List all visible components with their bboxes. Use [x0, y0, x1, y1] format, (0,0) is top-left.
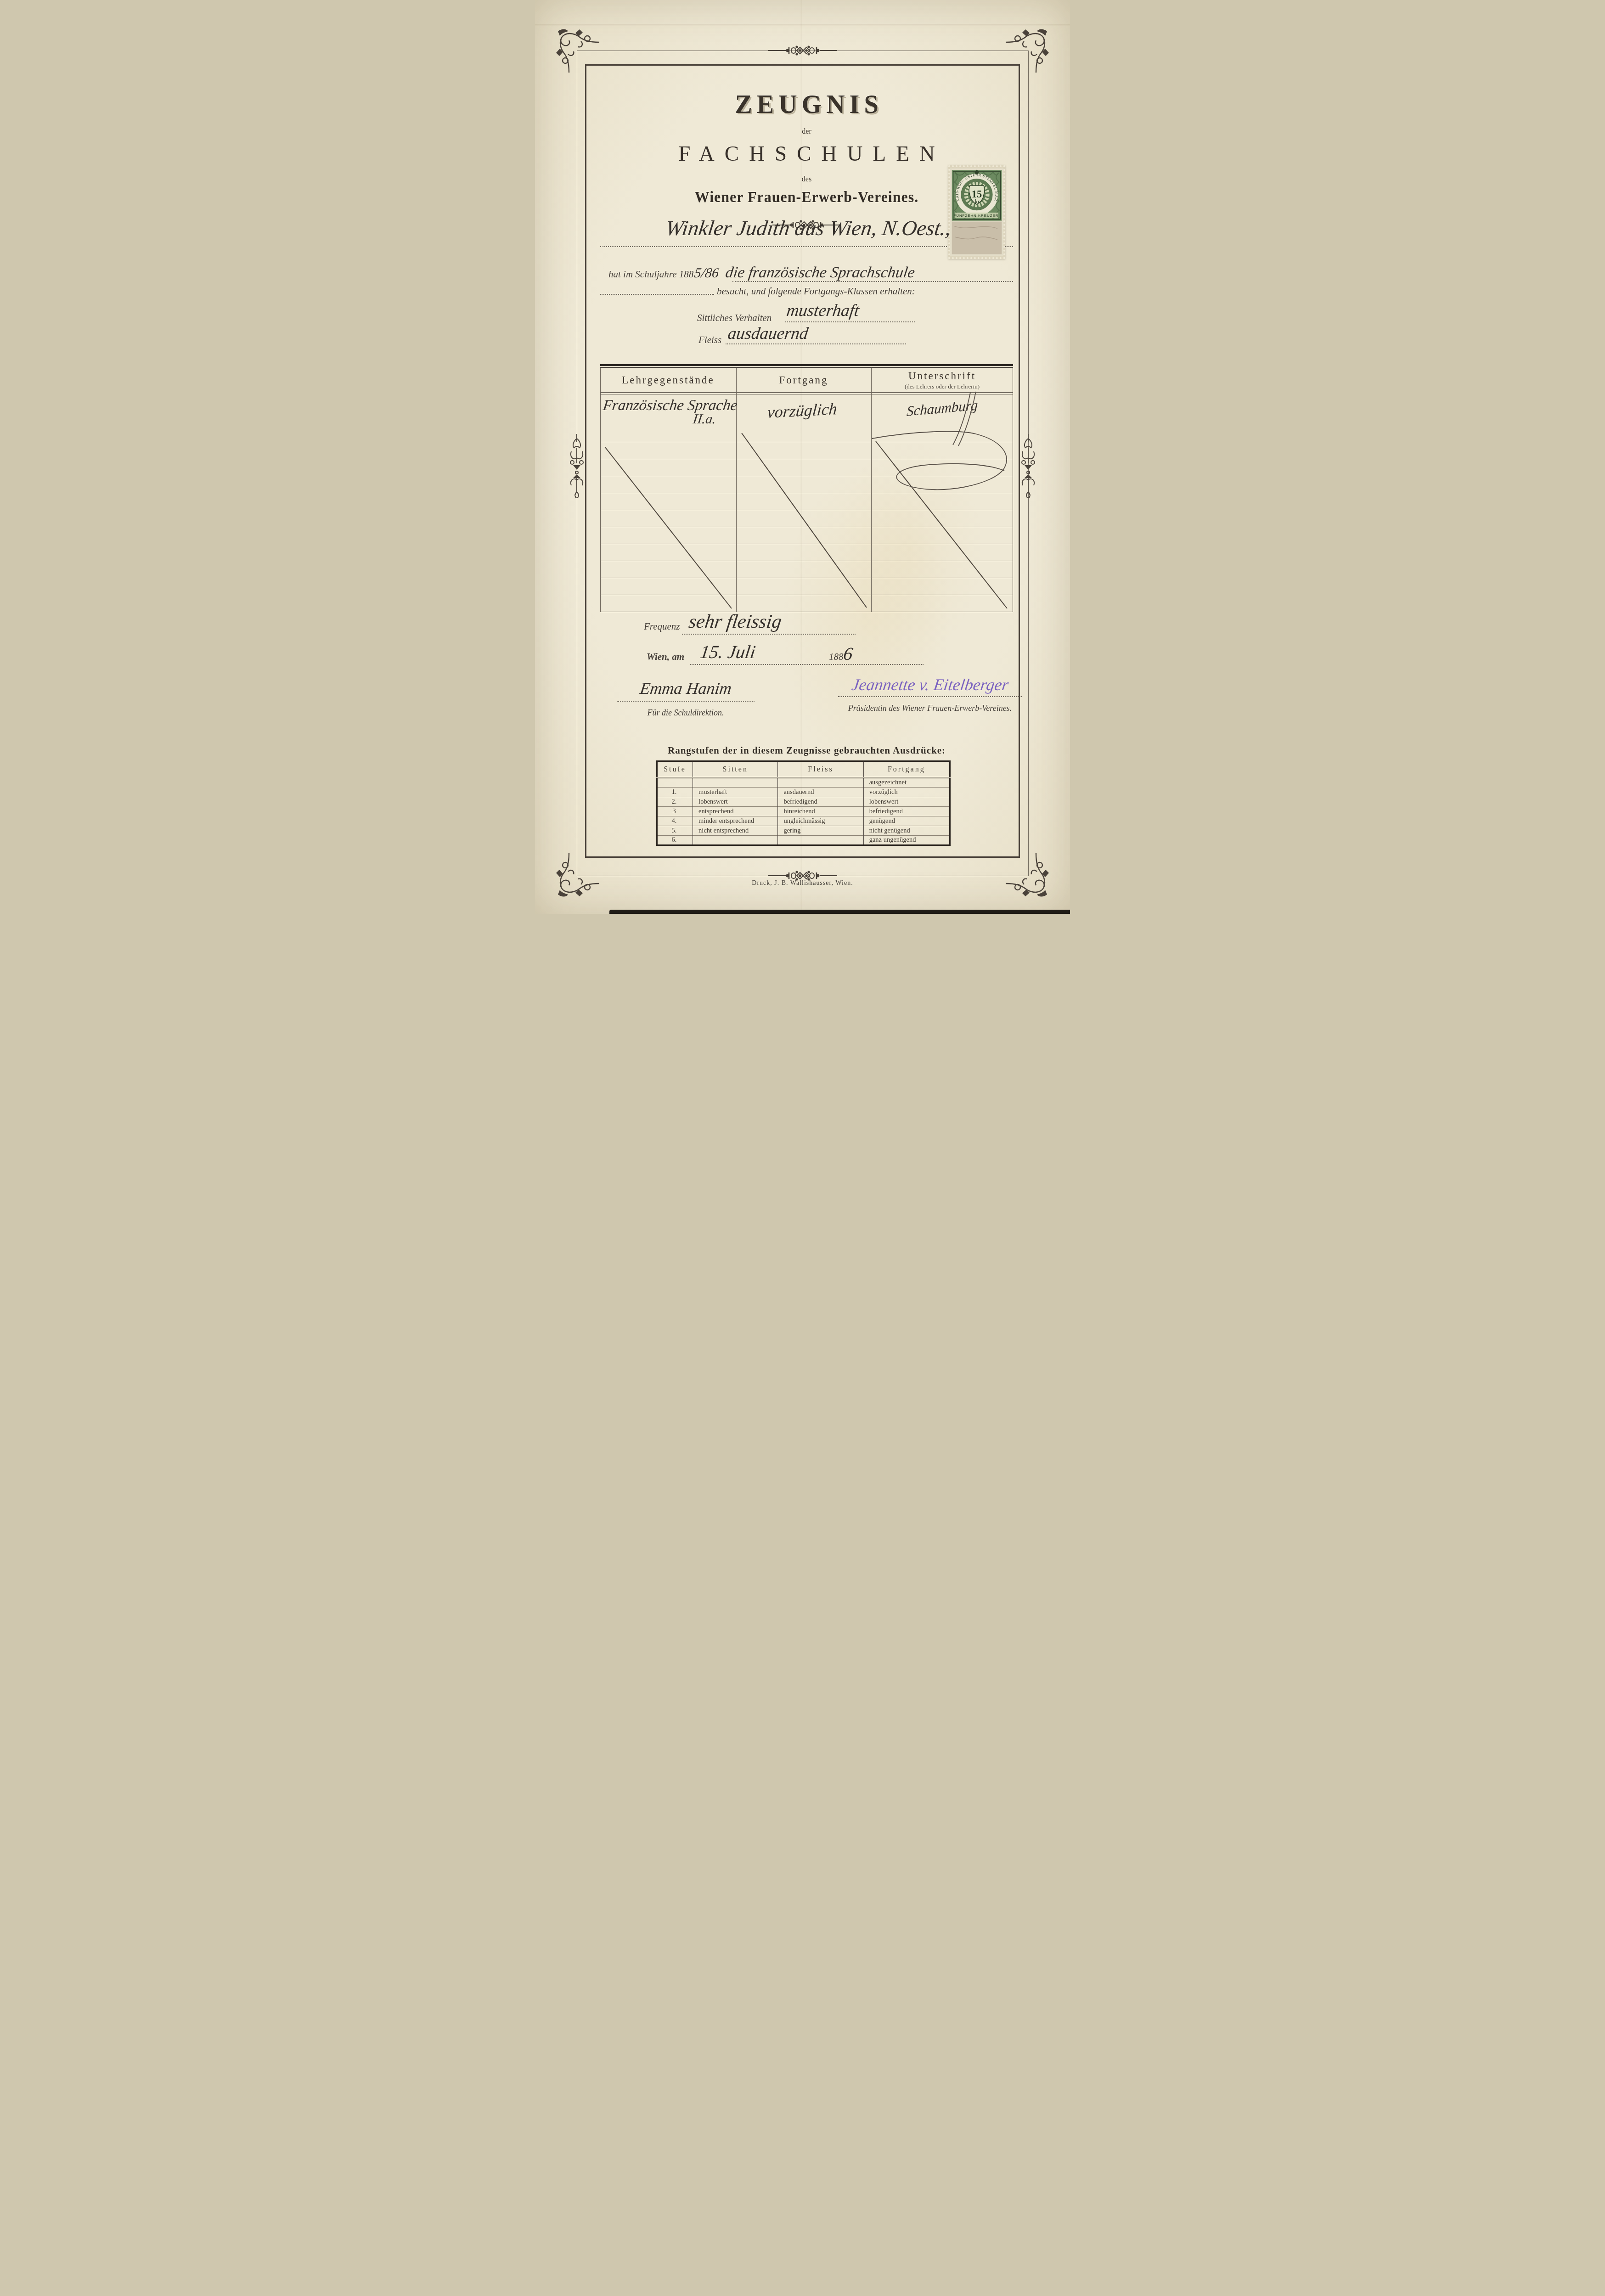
legend-row: 5. nicht entsprechend gering nicht genüg… [657, 826, 950, 836]
visited-line: besucht, und folgende Fortgangs-Klassen … [717, 286, 915, 297]
document-title: ZEUGNIS [600, 90, 1013, 119]
school-direction-signature-block: Emma Hanim Für die Schuldirektion. [617, 679, 755, 718]
frequency-value: sehr fleissig [689, 611, 782, 633]
legend-row: 4. minder entsprechend ungleichmässig ge… [657, 816, 950, 826]
diligence-value: ausdauernd [728, 324, 808, 343]
date-printed-prefix: Wien, am [647, 651, 684, 663]
visited-line-leading-dots [600, 294, 714, 295]
diligence-label: Fleiss [698, 334, 721, 346]
legend-table: Stufe Sitten Fleiss Fortgang ausgezeichn… [656, 760, 951, 846]
frequency-baseline [682, 634, 856, 635]
president-signature: Jeannette v. Eitelberger [850, 675, 1010, 694]
corner-ornament-bottom-left [555, 853, 599, 897]
frame-inner-left [585, 64, 586, 858]
title-der: der [600, 128, 1013, 136]
president-caption: Präsidentin des Wiener Frauen-Erwerb-Ver… [838, 703, 1022, 713]
school-name-handwriting: die französische Sprachschule [724, 264, 916, 281]
legend-row: 2. lobenswert befriedigend lobenswert [657, 797, 950, 807]
student-name-handwriting: Winkler Judith aus Wien, N.Oest., [664, 216, 952, 240]
frame-inner-top [585, 64, 1020, 66]
legend-header-stufe: Stufe [657, 761, 693, 778]
printer-imprint: Druck, J. B. Wallishausser, Wien. [535, 880, 1070, 887]
grades-col3-header: Unterschrift [908, 370, 976, 382]
legend-row: 1. musterhaft ausdauernd vorzüglich [657, 788, 950, 797]
date-year-printed: 188 [829, 651, 844, 663]
grades-col1-header: Lehrgegenstände [622, 374, 715, 386]
grades-table-top-bar [600, 364, 1013, 366]
legend-header-fleiss: Fleiss [778, 761, 863, 778]
grades-table: Lehrgegenstände Fortgang Unterschrift (d… [600, 364, 1013, 612]
legend-row: 3 entsprechend hinreichend befriedigend [657, 807, 950, 816]
school-type-title: FACHSCHULEN [600, 141, 1013, 166]
right-border-fleur-ornament [1020, 434, 1036, 498]
president-signature-block: Jeannette v. Eitelberger Präsidentin des… [838, 675, 1022, 713]
grades-col3-subheader: (des Lehrers oder der Lehrerin) [905, 383, 980, 390]
school-direction-signature: Emma Hanim [639, 679, 733, 698]
grades-table-header: Lehrgegenstände Fortgang Unterschrift (d… [600, 368, 1013, 392]
date-baseline [690, 664, 924, 665]
scan-edge-shadow [609, 910, 1070, 914]
legend-title: Rangstufen der in diesem Zeugnisse gebra… [600, 745, 1013, 756]
frequency-label: Frequenz [644, 621, 680, 632]
date-day-month-handwriting: 15. Juli [700, 641, 755, 663]
revenue-stamp: KAIS·KÖN· ÖSTERR STEMPEL MARKE. 15 kr FÜ… [948, 165, 1005, 259]
grade-row-grade: vorzüglich [742, 398, 862, 423]
year-handwriting: 5/86 [693, 265, 720, 281]
legend-header-sitten: Sitten [693, 761, 778, 778]
left-border-fleur-ornament [569, 434, 585, 498]
frame-inner-bottom [585, 856, 1020, 858]
conduct-baseline [785, 321, 915, 322]
top-border-scroll-ornament [768, 43, 837, 58]
corner-ornament-top-left [555, 28, 599, 73]
conduct-value: musterhaft [787, 301, 859, 321]
corner-ornament-bottom-right [1006, 853, 1050, 897]
legend-header-fortgang: Fortgang [863, 761, 950, 778]
grade-row-teacher-signature: Schaumburg [880, 394, 1005, 422]
school-year-line: hat im Schuljahre 1885/86 die französisc… [608, 264, 914, 281]
legend-row: 6. ganz ungenügend [657, 836, 950, 845]
grade-row-subject: Französische Sprache II.a. [603, 397, 734, 427]
diligence-baseline [726, 343, 906, 344]
horizontal-fold-crease [535, 24, 1070, 26]
year-line-printed: hat im Schuljahre 188 [608, 269, 693, 280]
grades-col2-header: Fortgang [779, 374, 828, 386]
stamp-unit: kr [975, 198, 980, 205]
legend-header-row: Stufe Sitten Fleiss Fortgang [657, 761, 950, 778]
certificate-page: ZEUGNIS der FACHSCHULEN des Wiener Fraue… [535, 0, 1070, 914]
school-direction-caption: Für die Schuldirektion. [617, 708, 755, 718]
legend-row: ausgezeichnet [657, 778, 950, 788]
student-name-line: Winkler Judith aus Wien, N.Oest., [604, 216, 1013, 240]
conduct-label: Sittliches Verhalten [697, 312, 772, 324]
date-year-handwriting: 6 [844, 643, 853, 664]
corner-ornament-top-right [1006, 28, 1050, 73]
